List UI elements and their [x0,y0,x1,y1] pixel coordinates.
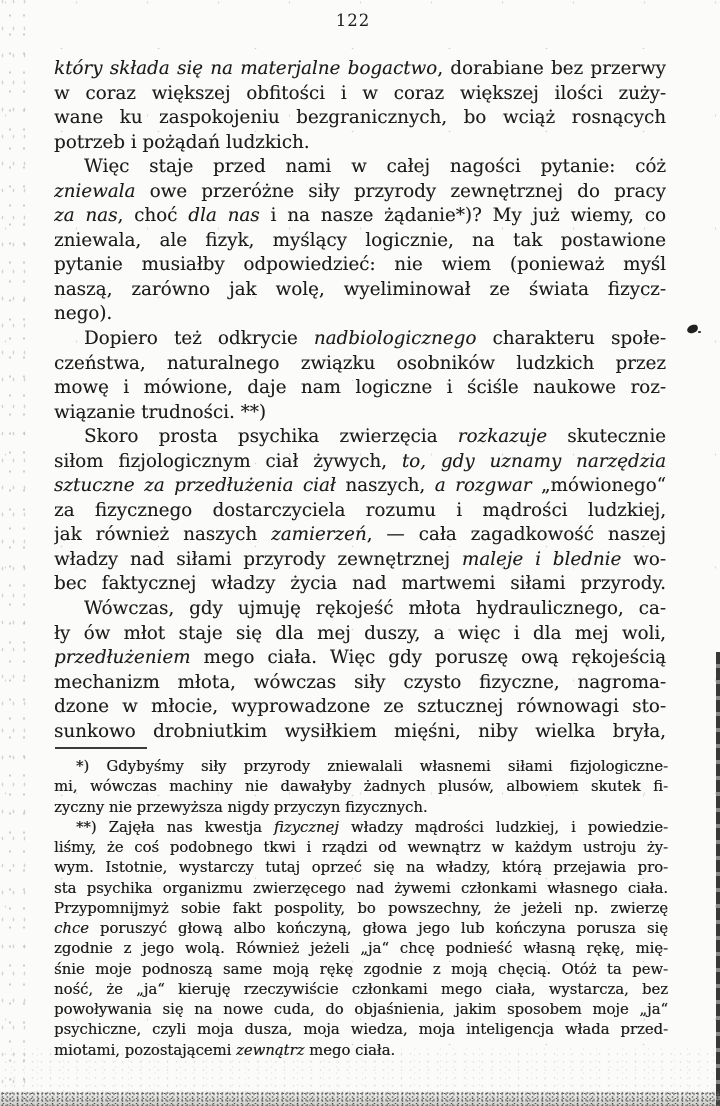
text-line: Dopiero też odkrycie nadbiologicznego ch… [54,327,666,352]
text-line: ność, że „ja“ kieruję rzeczywiście człon… [54,980,668,1000]
page-number: 122 [0,11,706,30]
text-line: wym. Istotnie, wystarczy tutaj oprzeć si… [54,858,668,878]
text-line: wiązanie trudności. **) [54,401,666,426]
ink-blot-artifact [686,324,699,334]
scanned-book-page: { "page": { "number": "122", "paper_colo… [0,0,720,1106]
text-line: liśmy, że coś podobnego tkwi i rządzi od… [54,838,668,858]
text-line: który składa się na materjalne bogactwo,… [54,57,666,82]
text-line: Skoro prosta psychika zwierzęcia rozkazu… [54,425,666,450]
main-text-block: który składa się na materjalne bogactwo,… [54,57,666,744]
text-line: **) Zajęła nas kwestja fizycznej władzy … [54,818,668,838]
text-line: sta psychika organizmu zwierzęcego nad ż… [54,879,668,899]
text-line: mi, wówczas machiny nie dawałyby żadnych… [54,777,668,797]
text-line: naszą, zarówno jak wolę, wyeliminował ze… [54,278,666,303]
text-line: potrzeb i pożądań ludzkich. [54,131,666,156]
scan-noise-left-margin [0,0,30,1106]
text-line: wane ku zaspokojeniu bezgranicznych, bo … [54,106,666,131]
text-line: za nas, choć dla nas i na nasze żądanie*… [54,204,666,229]
text-line: zyczny nie przewyższa nigdy przyczyn fiz… [54,798,668,818]
text-line: władzy nad siłami przyrody zewnętrznej m… [54,548,666,573]
text-line: mowę i mówione, daje nam logiczne i ściś… [54,376,666,401]
footnotes-block: *) Gdybyśmy siły przyrody zniewalali wła… [54,757,668,1061]
footnote-separator-rule [55,747,147,749]
text-line: zgodnie z jego wolą. Również jeżeli „ja“… [54,939,668,959]
text-line: nego). [54,302,666,327]
text-line: bec faktycznej władzy życia nad martwemi… [54,572,666,597]
text-line: sunkowo drobniutkim wysiłkiem mięśni, ni… [54,720,666,745]
text-line: siłom fizjologicznym ciał żywych, to, gd… [54,450,666,475]
text-line: dzone w młocie, wyprowadzone ze sztuczne… [54,695,666,720]
text-line: pytanie musiałby odpowiedzieć: nie wiem … [54,253,666,278]
text-line: jak również naszych zamierzeń, — cała za… [54,523,666,548]
text-line: ły ów młot staje się dla mej duszy, a wi… [54,622,666,647]
text-line: psychiczne, czyli moja dusza, moja wiedz… [54,1020,668,1040]
text-line: miotami, pozostającemi zewnątrz mego cia… [54,1041,668,1061]
text-line: Więc staje przed nami w całej nagości py… [54,155,666,180]
text-line: Przypomnijmyż sobie fakt pospolity, bo p… [54,899,668,919]
scan-edge-artifact-right [716,652,720,1106]
text-line: chce poruszyć głową albo kończyną, głowa… [54,919,668,939]
text-line: w coraz większej obfitości i w coraz wię… [54,82,666,107]
text-line: zniewala owe przeróżne siły przyrody zew… [54,180,666,205]
text-line: przedłużeniem mego ciała. Więc gdy porus… [54,646,666,671]
text-line: *) Gdybyśmy siły przyrody zniewalali wła… [54,757,668,777]
text-line: czeństwa, naturalnego związku osobników … [54,352,666,377]
text-line: za fizycznego dostarczyciela rozumu i mą… [54,499,666,524]
text-line: śnie moje podnoszą same moją rękę zgodni… [54,960,668,980]
text-line: Wówczas, gdy ujmuję rękojeść młota hydra… [54,597,666,622]
text-line: zniewala, ale fizyk, myślący logicznie, … [54,229,666,254]
scan-edge-artifact-bottom [0,1091,720,1106]
text-line: powoływania się na nowe cuda, do objaśni… [54,1000,668,1020]
ink-blot-dot-artifact [698,331,701,333]
text-line: mechanizm młota, wówczas siły czysto fiz… [54,671,666,696]
text-line: sztuczne za przedłużenia ciał naszych, a… [54,474,666,499]
